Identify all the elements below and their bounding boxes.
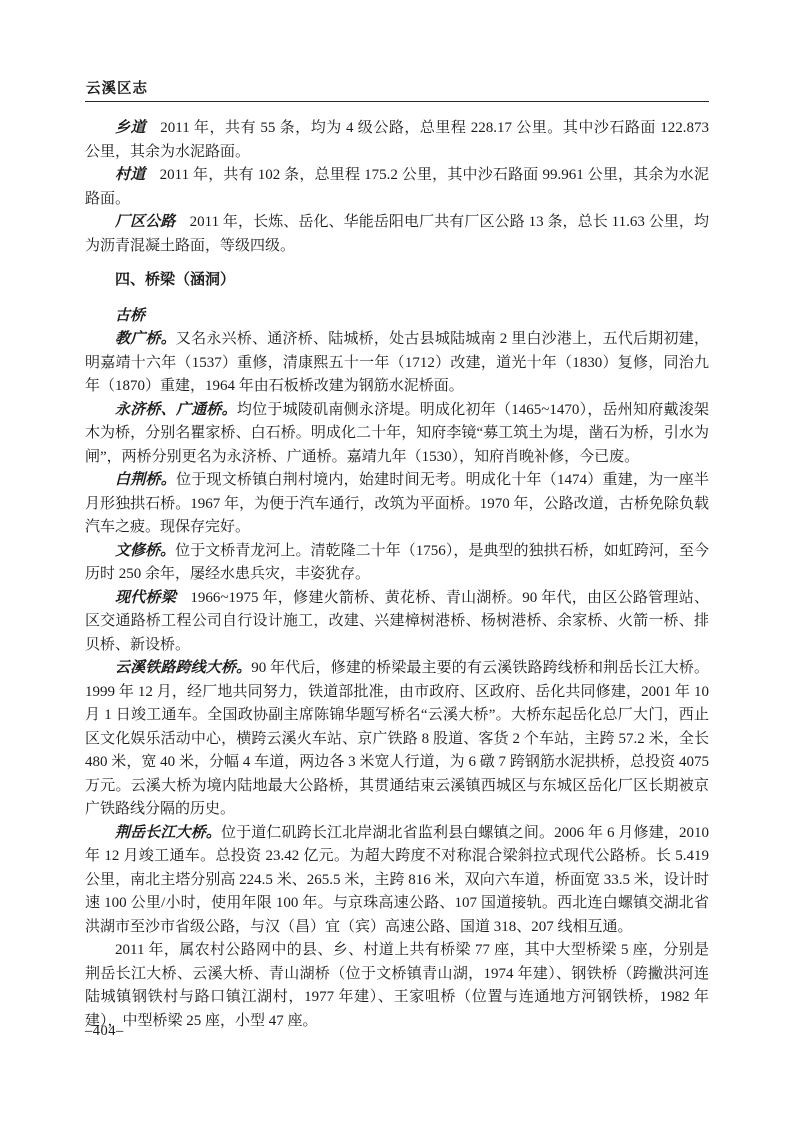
paragraph: 乡道2011 年，共有 55 条，均为 4 级公路，总里程 228.17 公里。… (85, 117, 709, 164)
paragraph-text: 2011 年，长炼、岳化、华能岳阳电厂共有厂区公路 13 条，总长 11.63 … (85, 214, 709, 254)
paragraph-text: 90 年代后，修建的桥梁最主要的有云溪铁路跨线桥和荆岳长江大桥。1999 年 1… (85, 660, 709, 817)
paragraph: 白荆桥。位于现文桥镇白荆村境内，始建时间无考。明成化十年（1474）重建，为一座… (85, 469, 709, 540)
term-label: 永济桥、广通桥。 (115, 402, 237, 418)
body-blocks: 乡道2011 年，共有 55 条，均为 4 级公路，总里程 228.17 公里。… (85, 117, 709, 1033)
paragraph-text: 1966~1975 年，修建火箭桥、黄花桥、青山湖桥。90 年代，由区公路管理站… (85, 590, 709, 653)
paragraph-text: 位于现文桥镇白荆村境内，始建时间无考。明成化十年（1474）重建，为一座半月形独… (85, 472, 709, 535)
term-label: 荆岳长江大桥。 (115, 825, 221, 841)
paragraph: 荆岳长江大桥。位于道仁矶跨长江北岸湖北省监利县白螺镇之间。2006 年 6 月修… (85, 822, 709, 940)
paragraph: 现代桥梁1966~1975 年，修建火箭桥、黄花桥、青山湖桥。90 年代，由区公… (85, 587, 709, 658)
paragraph-text: 位于文桥青龙河上。清乾隆二十年（1756），是典型的独拱石桥，如虹跨河，至今历时… (85, 543, 709, 583)
paragraph: 文修桥。位于文桥青龙河上。清乾隆二十年（1756），是典型的独拱石桥，如虹跨河，… (85, 540, 709, 587)
term-label: 云溪铁路跨线大桥。 (115, 660, 251, 676)
paragraph: 2011 年，属农村公路网中的县、乡、村道上共有桥梁 77 座，其中大型桥梁 5… (85, 939, 709, 1033)
running-head-title: 云溪区志 (86, 77, 148, 98)
paragraph: 永济桥、广通桥。均位于城陵矶南侧永济堤。明成化初年（1465~1470），岳州知… (85, 399, 709, 470)
term-label: 乡道 (115, 120, 146, 136)
paragraph: 村道2011 年，共有 102 条，总里程 175.2 公里，其中沙石路面 99… (85, 164, 709, 211)
sub-heading: 古桥 (85, 305, 709, 329)
paragraph-text: 四、桥梁（涵洞） (115, 272, 235, 288)
term-label: 厂区公路 (115, 214, 175, 230)
paragraph-text: 又名永兴桥、通济桥、陆城桥，处古县城陆城南 2 里白沙港上，五代后期初建，明嘉靖… (85, 331, 709, 394)
paragraph-text: 位于道仁矶跨长江北岸湖北省监利县白螺镇之间。2006 年 6 月修建，2010 … (85, 825, 709, 935)
paragraph-text: 2011 年，属农村公路网中的县、乡、村道上共有桥梁 77 座，其中大型桥梁 5… (85, 942, 709, 1029)
section-heading: 四、桥梁（涵洞） (85, 269, 709, 293)
document-page: 云溪区志 乡道2011 年，共有 55 条，均为 4 级公路，总里程 228.1… (0, 0, 793, 1122)
term-label: 白荆桥。 (115, 472, 176, 488)
term-label: 教广桥。 (115, 331, 176, 347)
header-rule (85, 101, 709, 102)
term-label: 文修桥。 (115, 543, 175, 559)
paragraph: 厂区公路2011 年，长炼、岳化、华能岳阳电厂共有厂区公路 13 条，总长 11… (85, 211, 709, 258)
page-number: –404– (85, 1023, 124, 1040)
paragraph-text: 2011 年，共有 55 条，均为 4 级公路，总里程 228.17 公里。其中… (85, 120, 709, 160)
paragraph-text: 古桥 (115, 308, 145, 324)
paragraph-text: 2011 年，共有 102 条，总里程 175.2 公里，其中沙石路面 99.9… (85, 167, 709, 207)
term-label: 现代桥梁 (115, 590, 176, 606)
paragraph: 教广桥。又名永兴桥、通济桥、陆城桥，处古县城陆城南 2 里白沙港上，五代后期初建… (85, 328, 709, 399)
paragraph: 云溪铁路跨线大桥。90 年代后，修建的桥梁最主要的有云溪铁路跨线桥和荆岳长江大桥… (85, 657, 709, 822)
term-label: 村道 (115, 167, 145, 183)
